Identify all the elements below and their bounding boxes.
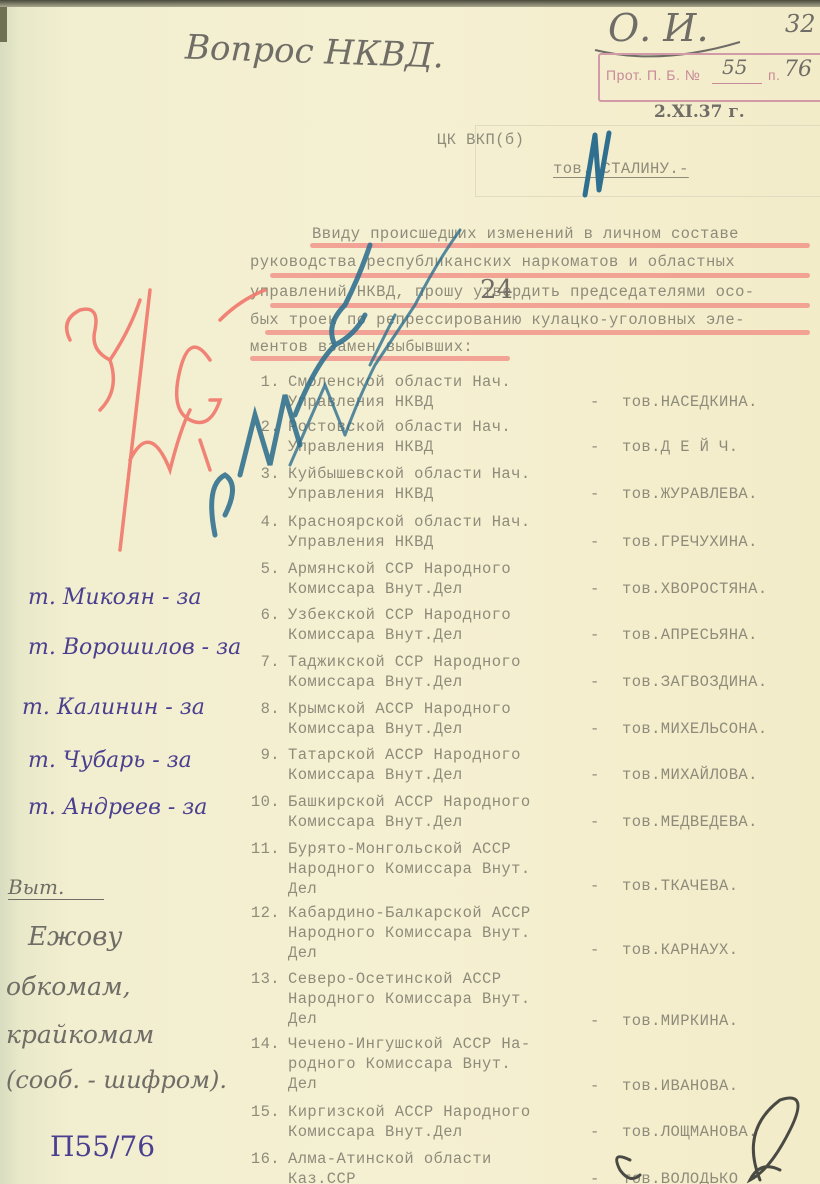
list-item: 9.Татарской АССР НародногоКомиссара Внут… <box>250 746 810 786</box>
protocol-stamp: Прот. П. Б. № 55 п. 76 <box>598 53 820 102</box>
list-item: 8.Крымской АССР НародногоКомиссара Внут.… <box>250 700 810 740</box>
list-item: 6.Узбекской ССР НародногоКомиссара Внут.… <box>250 606 810 646</box>
list-item: 14.Чечено-Ингушской АССР На-родного Коми… <box>250 1035 810 1095</box>
addressee-org: ЦК ВКП(б) <box>437 131 524 149</box>
page-number: 32 <box>785 10 816 38</box>
vote-kalinin: т. Калинин - за <box>22 695 205 720</box>
distribution-note-line-4: крайкомам <box>6 1020 154 1049</box>
vote-chubar: т. Чубарь - за <box>28 748 192 773</box>
stamp-point-no: 76 <box>784 57 812 82</box>
stamp-protocol-no: 55 <box>722 55 747 79</box>
stamp-point-label: п. <box>768 67 780 83</box>
list-item: 13.Северо-Осетинской АССРНародного Комис… <box>250 970 810 1030</box>
list-item: 5.Армянской ССР НародногоКомиссара Внут.… <box>250 560 810 600</box>
vote-voroshilov: т. Ворошилов - за <box>28 635 241 660</box>
blue-mark-top-icon <box>575 125 615 205</box>
stamp-label: Прот. П. Б. № <box>606 67 700 83</box>
bottom-initial-icon <box>610 1090 820 1184</box>
list-item: 12.Кабардино-Балкарской АССРНародного Ко… <box>250 904 810 964</box>
file-reference: П55/76 <box>50 1130 155 1163</box>
document-date: 2.XI.37 г. <box>654 102 745 122</box>
vote-andreev: т. Андреев - за <box>28 795 207 820</box>
list-item: 11.Бурято-Монгольской АССРНародного Коми… <box>250 840 810 900</box>
list-item: 10.Башкирской АССР НародногоКомиссара Вн… <box>250 793 810 833</box>
distribution-note-line-1: Выт. <box>8 875 104 900</box>
distribution-note-line-2: Ежову <box>28 922 122 952</box>
addressee: тов. СТАЛИНУ.- <box>553 160 689 178</box>
vote-mikoyan: т. Микоян - за <box>28 585 202 610</box>
distribution-note-line-3: обкомам, <box>6 972 131 1001</box>
list-item: 7.Таджикской ССР НародногоКомиссара Внут… <box>250 653 810 693</box>
scan-folder-tab <box>0 7 7 42</box>
handwritten-title: Вопрос НКВД. <box>184 27 444 76</box>
blue-signature-icon <box>195 215 495 555</box>
distribution-note-line-5: (сооб. - шифром). <box>6 1066 227 1094</box>
